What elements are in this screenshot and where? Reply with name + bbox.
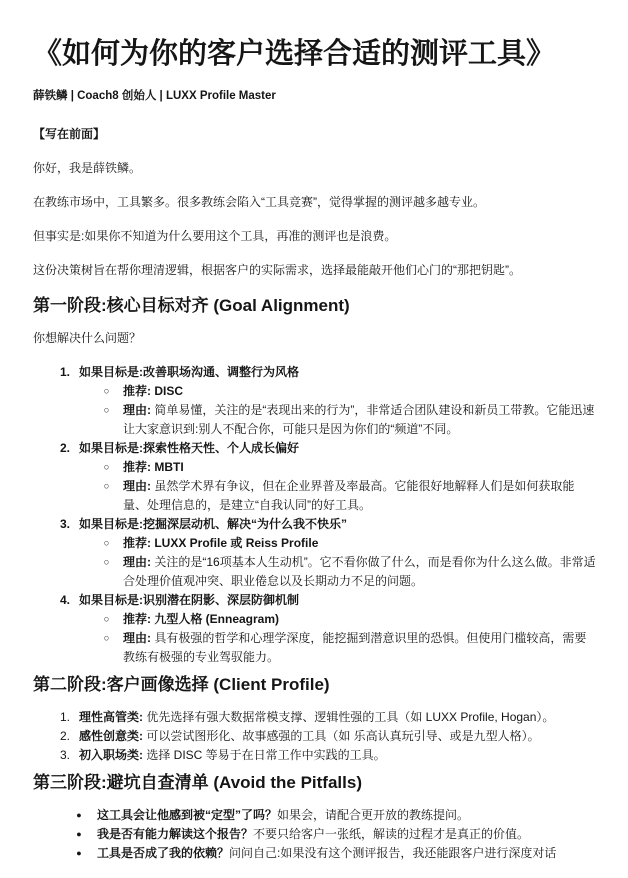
pitfall-line: 我是否有能力解读这个报告？不要只给客户一张纸，解读的过程才是真正的价值。 (97, 825, 596, 844)
paragraph-truth: 但事实是:如果你不知道为什么要用这个工具，再准的测评也是浪费。 (33, 227, 596, 246)
recommendation-line: 推荐: 九型人格 (Enneagram) (123, 610, 596, 629)
profile-item-label: 理性高管类: (79, 710, 146, 724)
pitfall-advice: 不要只给客户一张纸，解读的过程才是真正的价值。 (253, 827, 529, 841)
recommendation-value: DISC (154, 384, 183, 398)
profile-item-1: 1. 理性高管类: 优先选择有强大数据常模支撑、逻辑性强的工具（如 LUXX P… (33, 708, 596, 727)
recommendation-line: 推荐: MBTI (123, 458, 596, 477)
circle-bullet-icon: ○ (101, 401, 112, 439)
paragraph-greeting: 你好，我是薛铁鳞。 (33, 159, 596, 178)
goal-item-1-recommendation: ○ 推荐: DISC (33, 382, 596, 401)
document-page: 《如何为你的客户选择合适的测评工具》 薛铁鳞 | Coach8 创始人 | LU… (0, 0, 628, 878)
pitfall-advice: 问问自己:如果没有这个测评报告，我还能跟客户进行深度对话 (229, 846, 556, 860)
stage1-goal-list: 1. 如果目标是:改善职场沟通、调整行为风格 ○ 推荐: DISC ○ 理由: … (33, 363, 596, 667)
goal-item-4: 4. 如果目标是:识别潜在阴影、深层防御机制 (33, 591, 596, 610)
recommendation-label: 推荐: (123, 536, 154, 550)
list-number: 3. (55, 746, 70, 765)
paragraph-purpose: 这份决策树旨在帮你理清逻辑，根据客户的实际需求，选择最能敲开他们心门的“那把钥匙… (33, 261, 596, 280)
disc-bullet-icon: ● (73, 825, 85, 844)
reason-text: 关注的是“16项基本人生动机”。它不看你做了什么，而是看你为什么这么做。非常适合… (123, 555, 596, 588)
goal-item-1: 1. 如果目标是:改善职场沟通、调整行为风格 (33, 363, 596, 382)
reason-text: 虽然学术界有争议，但在企业界普及率最高。它能很好地解释人们是如何获取能量、处理信… (123, 479, 574, 512)
circle-bullet-icon: ○ (101, 458, 112, 477)
recommendation-value: LUXX Profile 或 Reiss Profile (154, 536, 318, 550)
disc-bullet-icon: ● (73, 806, 85, 825)
goal-item-2: 2. 如果目标是:探索性格天性、个人成长偏好 (33, 439, 596, 458)
recommendation-label: 推荐: (123, 384, 154, 398)
circle-bullet-icon: ○ (101, 610, 112, 629)
doc-title: 《如何为你的客户选择合适的测评工具》 (33, 36, 596, 72)
list-number: 3. (55, 515, 70, 534)
recommendation-line: 推荐: LUXX Profile 或 Reiss Profile (123, 534, 596, 553)
reason-line: 理由: 关注的是“16项基本人生动机”。它不看你做了什么，而是看你为什么这么做。… (123, 553, 596, 591)
reason-label: 理由: (123, 631, 154, 645)
goal-item-title: 如果目标是:改善职场沟通、调整行为风格 (79, 363, 596, 382)
section-heading-stage3: 第三阶段:避坑自查清单 (Avoid the Pitfalls) (33, 772, 596, 794)
list-number: 1. (55, 708, 70, 727)
profile-item-2: 2. 感性创意类: 可以尝试图形化、故事感强的工具（如 乐高认真玩引导、或是九型… (33, 727, 596, 746)
stage2-profile-list: 1. 理性高管类: 优先选择有强大数据常模支撑、逻辑性强的工具（如 LUXX P… (33, 708, 596, 765)
profile-item-3: 3. 初入职场类: 选择 DISC 等易于在日常工作中实践的工具。 (33, 746, 596, 765)
goal-item-title: 如果目标是:识别潜在阴影、深层防御机制 (79, 591, 596, 610)
preface-heading: 【写在前面】 (33, 125, 596, 144)
section-heading-stage2: 第二阶段:客户画像选择 (Client Profile) (33, 674, 596, 696)
pitfall-line: 这工具会让他感到被“定型”了吗？如果会，请配合更开放的教练提问。 (97, 806, 596, 825)
disc-bullet-icon: ● (73, 844, 85, 863)
stage1-lead-question: 你想解决什么问题？ (33, 329, 596, 348)
recommendation-value: 九型人格 (Enneagram) (154, 612, 279, 626)
byline: 薛铁鳞 | Coach8 创始人 | LUXX Profile Master (33, 89, 596, 104)
list-number: 2. (55, 439, 70, 458)
reason-label: 理由: (123, 479, 154, 493)
reason-line: 理由: 虽然学术界有争议，但在企业界普及率最高。它能很好地解释人们是如何获取能量… (123, 477, 596, 515)
pitfall-question: 这工具会让他感到被“定型”了吗？ (97, 808, 277, 822)
recommendation-line: 推荐: DISC (123, 382, 596, 401)
reason-text: 具有极强的哲学和心理学深度，能挖掘到潜意识里的恐惧。但使用门槛较高，需要教练有极… (123, 631, 586, 664)
recommendation-label: 推荐: (123, 460, 154, 474)
profile-item-text: 优先选择有强大数据常模支撑、逻辑性强的工具（如 LUXX Profile, Ho… (146, 710, 554, 724)
pitfall-line: 工具是否成了我的依赖？问问自己:如果没有这个测评报告，我还能跟客户进行深度对话 (97, 844, 596, 863)
circle-bullet-icon: ○ (101, 382, 112, 401)
recommendation-label: 推荐: (123, 612, 154, 626)
profile-item-text: 选择 DISC 等易于在日常工作中实践的工具。 (146, 748, 385, 762)
pitfall-question: 我是否有能力解读这个报告？ (97, 827, 253, 841)
profile-item-label: 初入职场类: (79, 748, 146, 762)
reason-text: 简单易懂，关注的是“表现出来的行为”，非常适合团队建设和新员工带教。它能迅速让大… (123, 403, 594, 436)
pitfall-item-1: ● 这工具会让他感到被“定型”了吗？如果会，请配合更开放的教练提问。 (33, 806, 596, 825)
paragraph-market: 在教练市场中，工具繁多。很多教练会陷入“工具竞赛”，觉得掌握的测评越多越专业。 (33, 193, 596, 212)
recommendation-value: MBTI (154, 460, 183, 474)
pitfall-advice: 如果会，请配合更开放的教练提问。 (277, 808, 469, 822)
goal-item-4-recommendation: ○ 推荐: 九型人格 (Enneagram) (33, 610, 596, 629)
goal-item-title: 如果目标是:探索性格天性、个人成长偏好 (79, 439, 596, 458)
goal-item-2-reason: ○ 理由: 虽然学术界有争议，但在企业界普及率最高。它能很好地解释人们是如何获取… (33, 477, 596, 515)
pitfall-item-2: ● 我是否有能力解读这个报告？不要只给客户一张纸，解读的过程才是真正的价值。 (33, 825, 596, 844)
circle-bullet-icon: ○ (101, 553, 112, 591)
goal-item-3-recommendation: ○ 推荐: LUXX Profile 或 Reiss Profile (33, 534, 596, 553)
goal-item-3: 3. 如果目标是:挖掘深层动机、解决“为什么我不快乐” (33, 515, 596, 534)
profile-item-line: 理性高管类: 优先选择有强大数据常模支撑、逻辑性强的工具（如 LUXX Prof… (79, 708, 596, 727)
pitfall-question: 工具是否成了我的依赖？ (97, 846, 229, 860)
reason-label: 理由: (123, 555, 154, 569)
list-number: 2. (55, 727, 70, 746)
reason-line: 理由: 具有极强的哲学和心理学深度，能挖掘到潜意识里的恐惧。但使用门槛较高，需要… (123, 629, 596, 667)
profile-item-label: 感性创意类: (79, 729, 146, 743)
profile-item-text: 可以尝试图形化、故事感强的工具（如 乐高认真玩引导、或是九型人格）。 (146, 729, 539, 743)
section-heading-stage1: 第一阶段:核心目标对齐 (Goal Alignment) (33, 295, 596, 317)
reason-label: 理由: (123, 403, 154, 417)
circle-bullet-icon: ○ (101, 629, 112, 667)
goal-item-4-reason: ○ 理由: 具有极强的哲学和心理学深度，能挖掘到潜意识里的恐惧。但使用门槛较高，… (33, 629, 596, 667)
goal-item-3-reason: ○ 理由: 关注的是“16项基本人生动机”。它不看你做了什么，而是看你为什么这么… (33, 553, 596, 591)
circle-bullet-icon: ○ (101, 534, 112, 553)
goal-item-2-recommendation: ○ 推荐: MBTI (33, 458, 596, 477)
goal-item-1-reason: ○ 理由: 简单易懂，关注的是“表现出来的行为”，非常适合团队建设和新员工带教。… (33, 401, 596, 439)
circle-bullet-icon: ○ (101, 477, 112, 515)
profile-item-line: 初入职场类: 选择 DISC 等易于在日常工作中实践的工具。 (79, 746, 596, 765)
stage3-checklist: ● 这工具会让他感到被“定型”了吗？如果会，请配合更开放的教练提问。 ● 我是否… (33, 806, 596, 863)
pitfall-item-3: ● 工具是否成了我的依赖？问问自己:如果没有这个测评报告，我还能跟客户进行深度对… (33, 844, 596, 863)
reason-line: 理由: 简单易懂，关注的是“表现出来的行为”，非常适合团队建设和新员工带教。它能… (123, 401, 596, 439)
goal-item-title: 如果目标是:挖掘深层动机、解决“为什么我不快乐” (79, 515, 596, 534)
profile-item-line: 感性创意类: 可以尝试图形化、故事感强的工具（如 乐高认真玩引导、或是九型人格）… (79, 727, 596, 746)
list-number: 4. (55, 591, 70, 610)
list-number: 1. (55, 363, 70, 382)
